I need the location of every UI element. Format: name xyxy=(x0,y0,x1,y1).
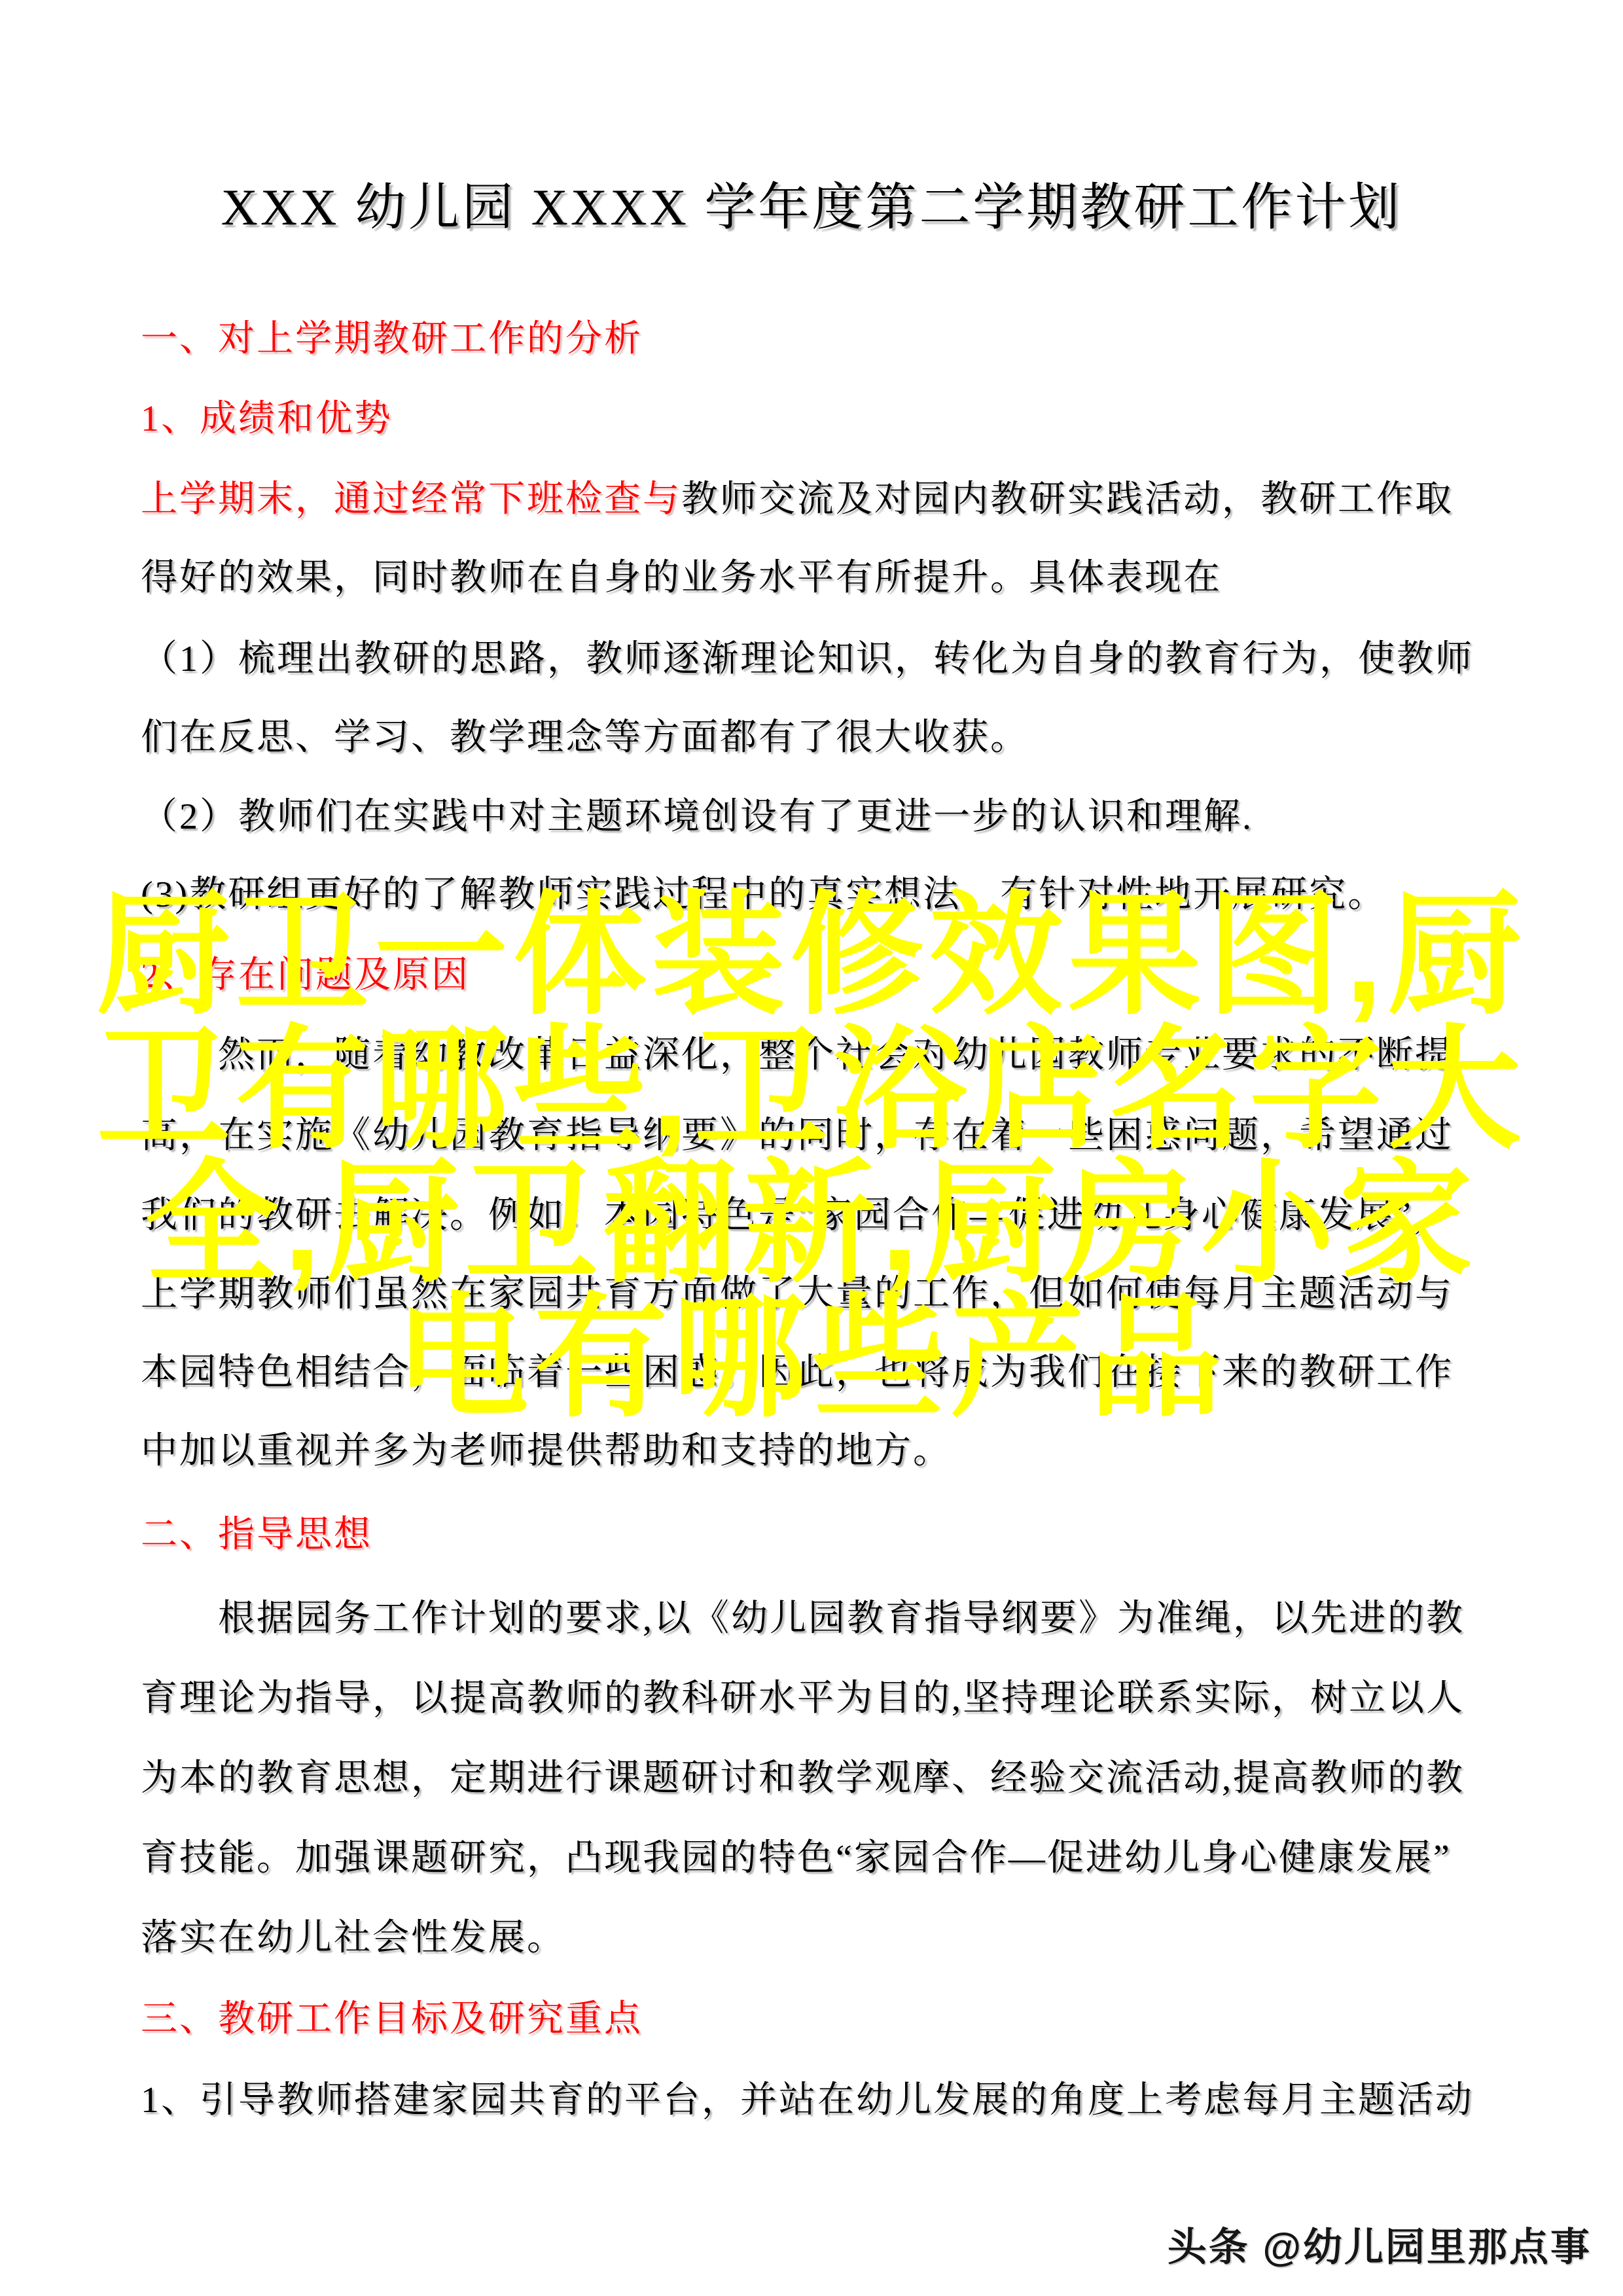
paragraph-line: （2）教师们在实践中对主题环境创设有了更进一步的认识和理解. xyxy=(141,787,1253,840)
paragraph-line: 1、引导教师搭建家园共育的平台，并站在幼儿发展的角度上考虑每月主题活动 xyxy=(141,2071,1474,2123)
section-1-heading: 一、对上学期教研工作的分析 xyxy=(141,310,643,362)
yellow-watermark-overlay: 厨卫一体装修效果图,厨 卫有哪些,卫浴店名字大 全,厨卫翻新,厨房小家 电有哪些… xyxy=(0,889,1623,1426)
paragraph-line: 育技能。加强课题研究，凸现我园的特色“家园合作—促进幼儿身心健康发展” xyxy=(141,1829,1452,1881)
watermark-line: 卫有哪些,卫浴店名字大 xyxy=(0,1023,1623,1157)
paragraph-line: 为本的教育思想，定期进行课题研讨和教学观摩、经验交流活动,提高教师的教 xyxy=(141,1749,1465,1801)
paragraph-line: 们在反思、学习、教学理念等方面都有了很大收获。 xyxy=(141,708,1029,761)
section-4-heading: 三、教研工作目标及研究重点 xyxy=(141,1990,643,2042)
watermark-line: 厨卫一体装修效果图,厨 xyxy=(0,889,1623,1023)
toutiao-credit-watermark: 头条 @幼儿园里那点事 xyxy=(1168,2216,1592,2272)
watermark-line: 全,厨卫翻新,厨房小家 xyxy=(0,1157,1623,1291)
watermark-line: 电有哪些产品 xyxy=(0,1291,1623,1426)
paragraph-line: 根据园务工作计划的要求,以《幼儿园教育指导纲要》为准绳，以先进的教 xyxy=(141,1589,1465,1641)
page-title: XXX 幼儿园 XXXX 学年度第二学期教研工作计划 xyxy=(0,166,1623,240)
paragraph-line: 上学期末，通过经常下班检查与教师交流及对园内教研实践活动，教研工作取 xyxy=(141,470,1454,522)
document-page: XXX 幼儿园 XXXX 学年度第二学期教研工作计划 一、对上学期教研工作的分析… xyxy=(0,0,1623,2296)
paragraph-line: 得好的效果，同时教师在自身的业务水平有所提升。具体表现在 xyxy=(141,548,1222,601)
paragraph-line: 落实在幼儿社会性发展。 xyxy=(141,1909,565,1961)
red-emphasis-text: 上学期末，通过经常下班检查与 xyxy=(141,479,681,520)
body-text: 教师交流及对园内教研实践活动，教研工作取 xyxy=(681,479,1454,520)
paragraph-line: 育理论为指导，以提高教师的教科研水平为目的,坚持理论联系实际，树立以人 xyxy=(141,1669,1465,1721)
section-3-heading: 二、指导思想 xyxy=(141,1505,372,1558)
paragraph-line: （1）梳理出教研的思路，教师逐渐理论知识，转化为自身的教育行为，使教师 xyxy=(141,630,1474,682)
section-1-sub-heading: 1、成绩和优势 xyxy=(141,389,393,442)
